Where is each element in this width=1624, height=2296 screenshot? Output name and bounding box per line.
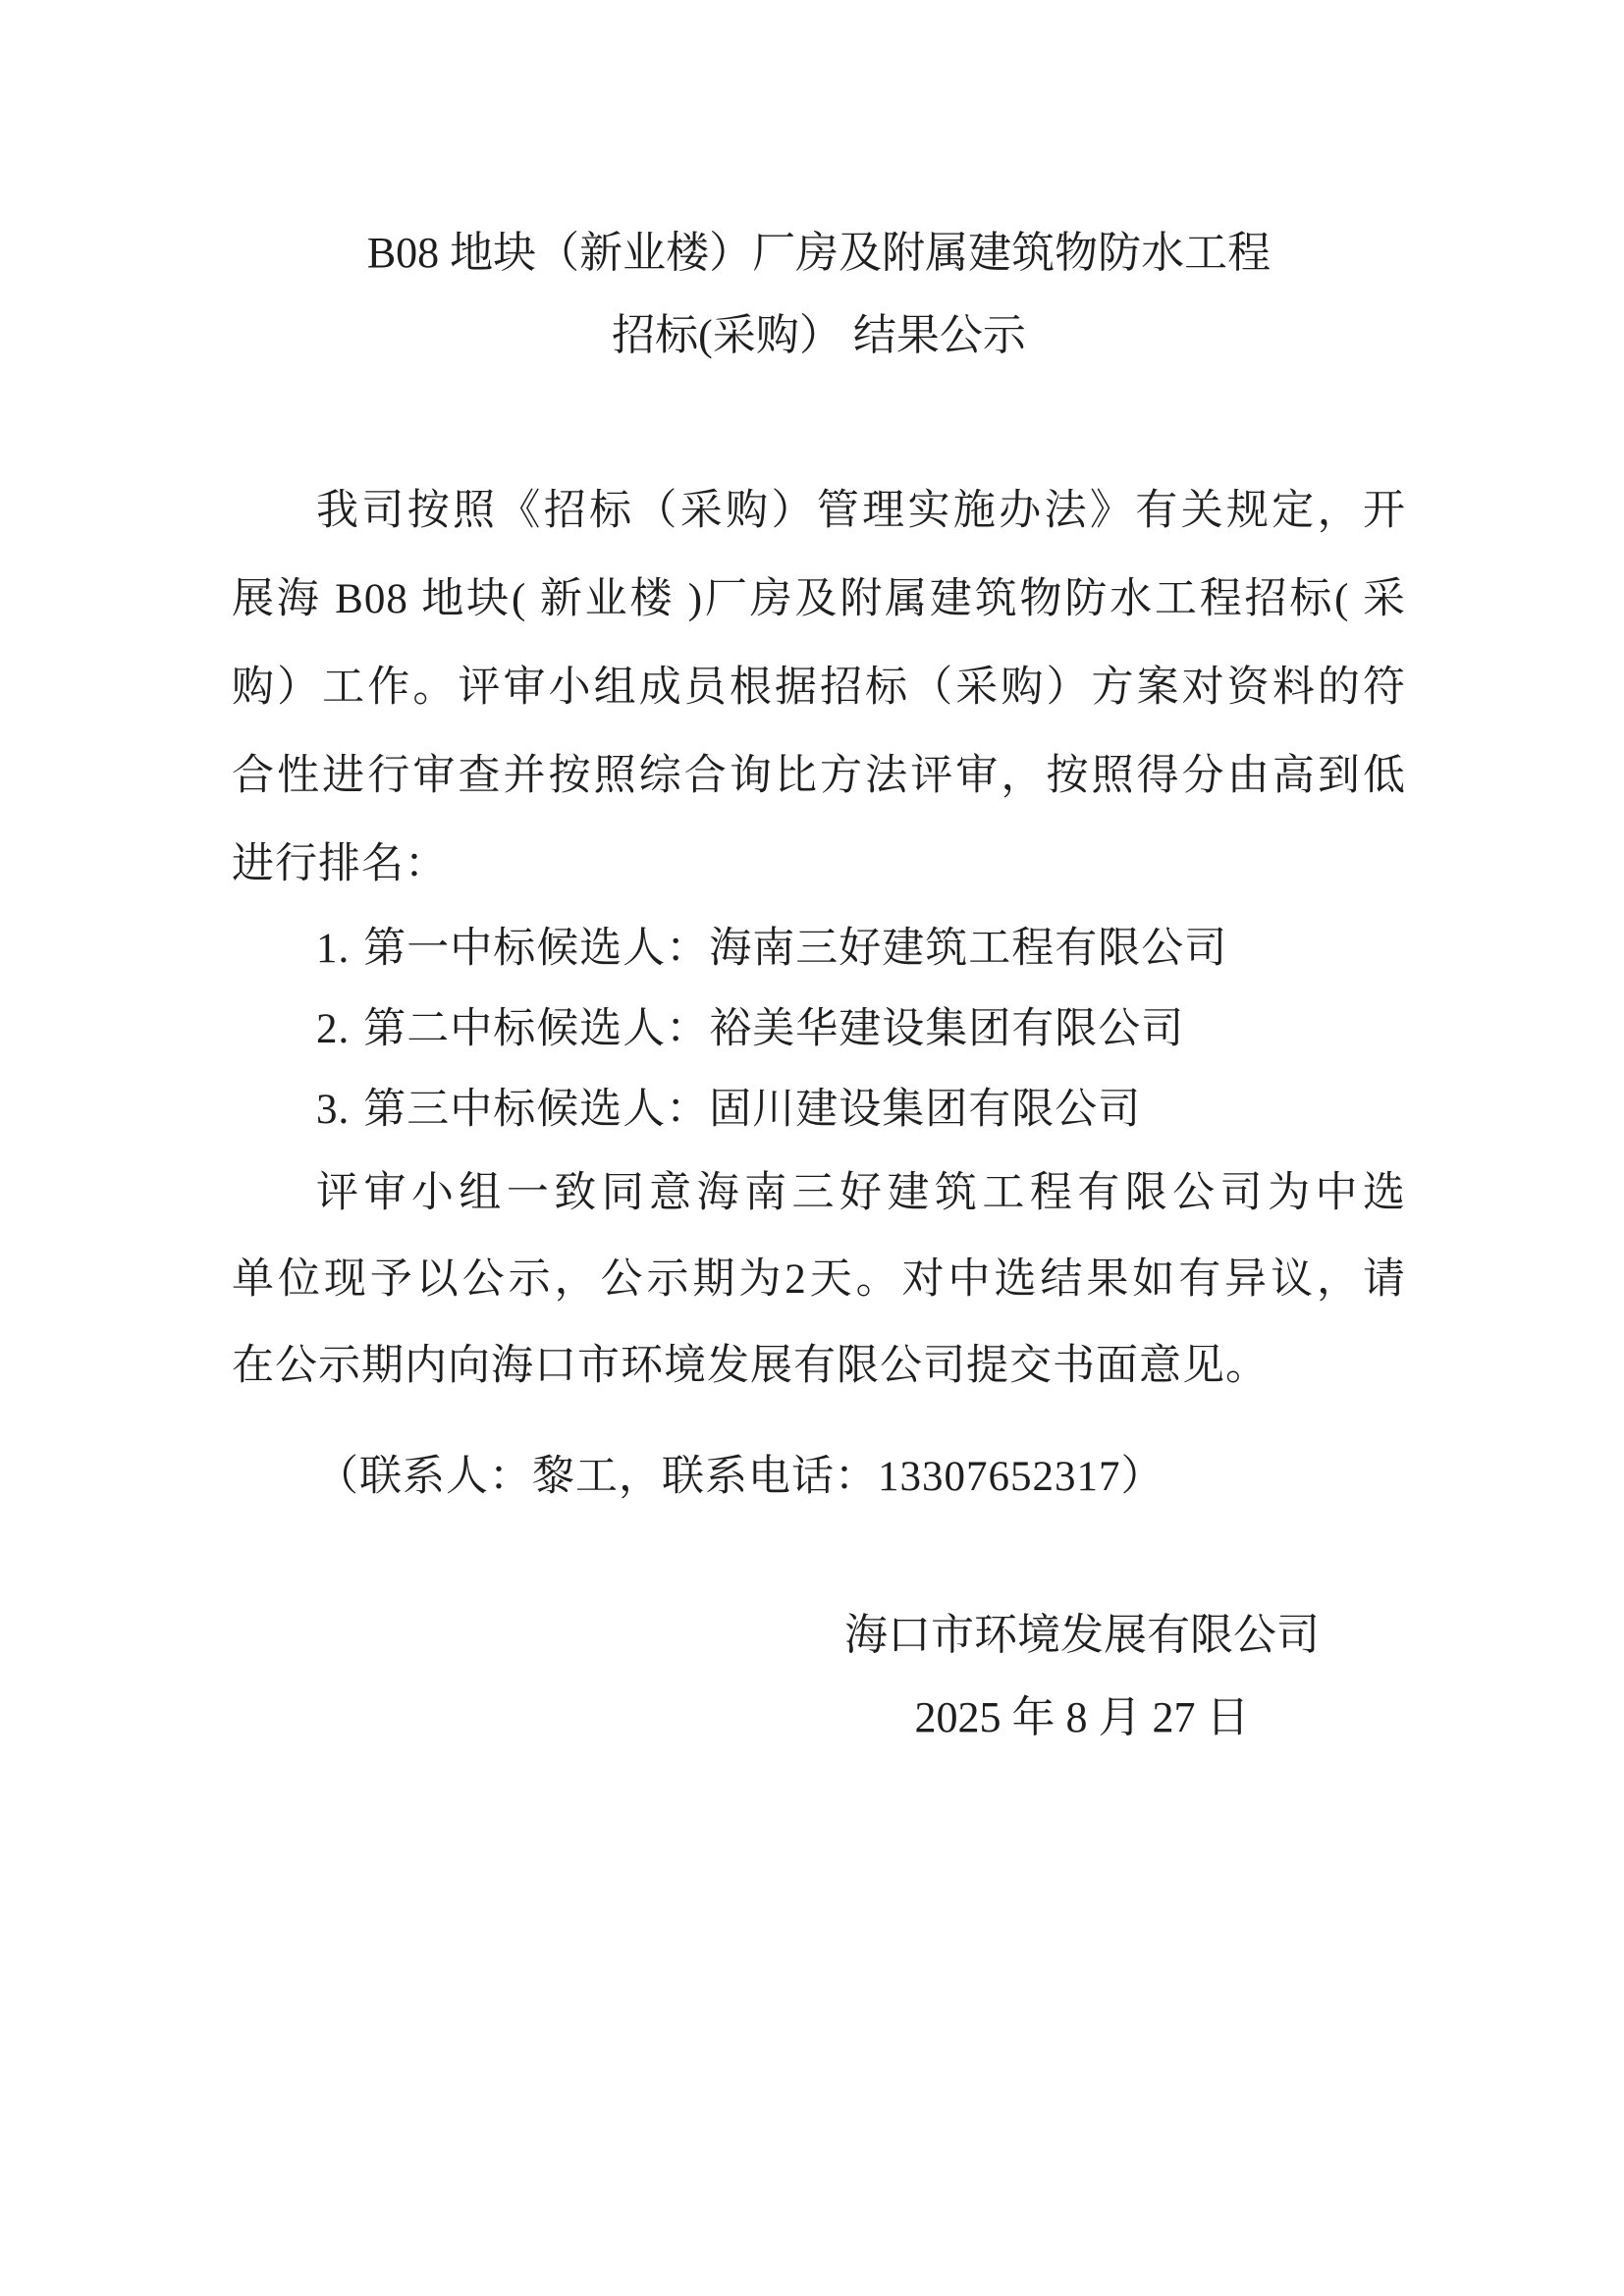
- candidate-list: 1.第一中标候选人：海南三好建筑工程有限公司 2.第二中标候选人：裕美华建设集团…: [232, 909, 1406, 1150]
- opening-paragraph: 我司按照《招标（采购）管理实施办法》有关规定，开 展海 B08 地块( 新业楼 …: [232, 467, 1406, 909]
- candidate-item: 3.第三中标候选人：固川建设集团有限公司: [232, 1070, 1406, 1150]
- paragraph-line: 单位现予以公示，公示期为2天。对中选结果如有异议，请: [232, 1237, 1406, 1323]
- candidate-rank: 1.: [316, 926, 350, 972]
- paragraph-line: 进行排名：: [232, 821, 1406, 909]
- candidate-item: 1.第一中标候选人：海南三好建筑工程有限公司: [232, 909, 1406, 989]
- candidate-rank: 2.: [316, 1006, 350, 1052]
- signature-date: 2025 年 8 月 27 日: [837, 1677, 1327, 1759]
- candidate-label: 第一中标候选人：: [363, 926, 709, 972]
- candidate-rank: 3.: [316, 1087, 350, 1133]
- candidate-label: 第三中标候选人：: [363, 1087, 709, 1133]
- paragraph-line: 我司按照《招标（采购）管理实施办法》有关规定，开: [232, 467, 1406, 556]
- doc-title-line-1: B08 地块（新业楼）厂房及附属建筑物防水工程: [232, 212, 1406, 294]
- document-page: B08 地块（新业楼）厂房及附属建筑物防水工程 招标(采购） 结果公示 我司按照…: [0, 0, 1624, 2296]
- paragraph-line: 合性进行审查并按照综合询比方法评审，按照得分由高到低: [232, 732, 1406, 821]
- signature-company: 海口市环境发展有限公司: [837, 1594, 1327, 1677]
- closing-paragraph: 评审小组一致同意海南三好建筑工程有限公司为中选 单位现予以公示，公示期为2天。对…: [232, 1150, 1406, 1410]
- candidate-item: 2.第二中标候选人：裕美华建设集团有限公司: [232, 989, 1406, 1070]
- candidate-company: 海南三好建筑工程有限公司: [709, 926, 1227, 972]
- paragraph-line: 展海 B08 地块( 新业楼 )厂房及附属建筑物防水工程招标( 采: [232, 556, 1406, 644]
- document-content: B08 地块（新业楼）厂房及附属建筑物防水工程 招标(采购） 结果公示 我司按照…: [232, 0, 1406, 1759]
- doc-title-line-2: 招标(采购） 结果公示: [232, 294, 1406, 377]
- candidate-company: 裕美华建设集团有限公司: [709, 1006, 1184, 1052]
- contact-line: （联系人：黎工，联系电话：13307652317）: [232, 1433, 1406, 1522]
- candidate-label: 第二中标候选人：: [363, 1006, 709, 1052]
- document-title: B08 地块（新业楼）厂房及附属建筑物防水工程 招标(采购） 结果公示: [232, 0, 1406, 377]
- paragraph-line: 评审小组一致同意海南三好建筑工程有限公司为中选: [232, 1150, 1406, 1237]
- candidate-company: 固川建设集团有限公司: [709, 1087, 1141, 1133]
- paragraph-line: 在公示期内向海口市环境发展有限公司提交书面意见。: [232, 1323, 1406, 1410]
- paragraph-line: 购）工作。评审小组成员根据招标（采购）方案对资料的符: [232, 644, 1406, 732]
- document-body: 我司按照《招标（采购）管理实施办法》有关规定，开 展海 B08 地块( 新业楼 …: [232, 467, 1406, 1759]
- signature-block: 海口市环境发展有限公司 2025 年 8 月 27 日: [837, 1594, 1327, 1759]
